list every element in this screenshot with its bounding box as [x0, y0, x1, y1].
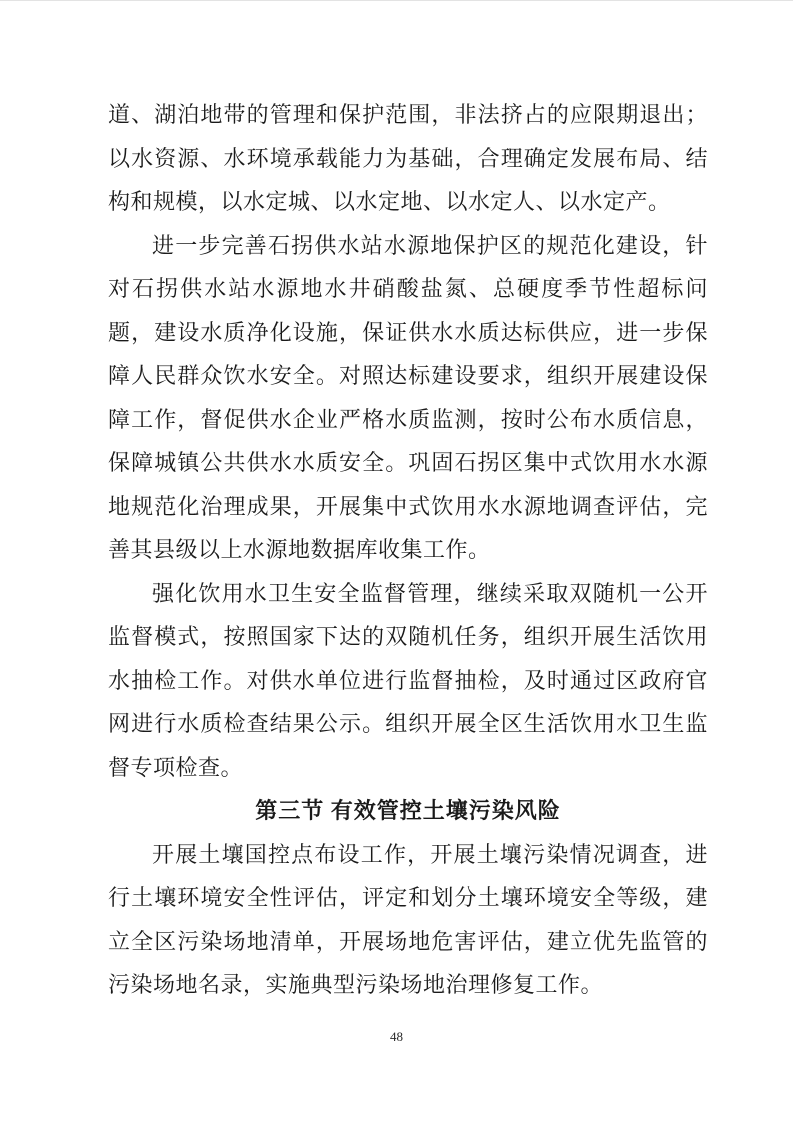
paragraph-4: 开展土壤国控点布设工作，开展土壤污染情况调查，进行土壤环境安全性评估，评定和划分…: [108, 833, 708, 1007]
page-number: 48: [0, 1029, 793, 1045]
paragraph-2: 进一步完善石拐供水站水源地保护区的规范化建设，针对石拐供水站水源地水井硝酸盐氮、…: [108, 224, 708, 572]
page-body: 道、湖泊地带的管理和保护范围，非法挤占的应限期退出；以水资源、水环境承载能力为基…: [108, 93, 708, 1007]
paragraph-3: 强化饮用水卫生安全监督管理，继续采取双随机一公开监督模式，按照国家下达的双随机任…: [108, 572, 708, 790]
paragraph-1: 道、湖泊地带的管理和保护范围，非法挤占的应限期退出；以水资源、水环境承载能力为基…: [108, 93, 708, 224]
section-heading: 第三节 有效管控土壤污染风险: [108, 789, 708, 833]
document-page: { "document": { "paragraphs": [ { "text"…: [0, 0, 793, 1122]
